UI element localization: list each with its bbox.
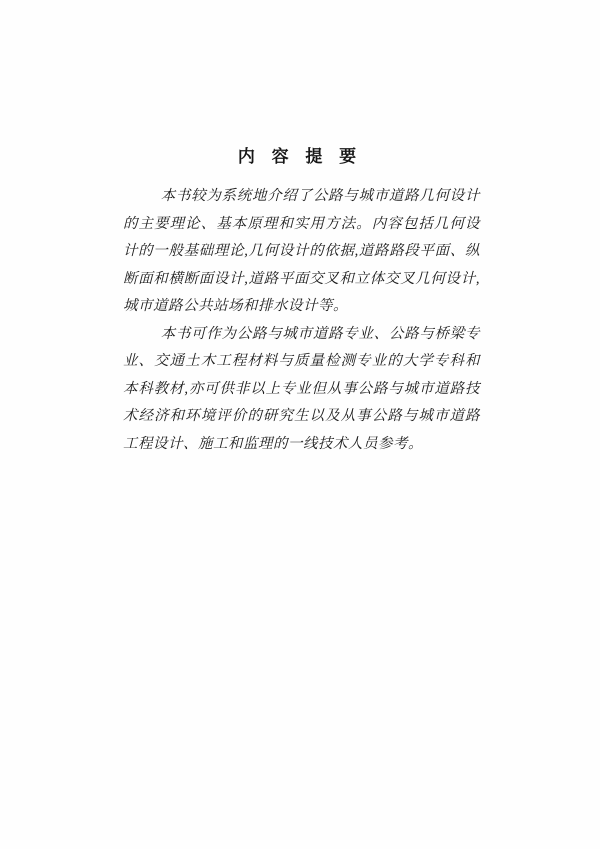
summary-text-block: 本书较为系统地介绍了公路与城市道路几何设计的主要理论、基本原理和实用方法。内容包… (123, 183, 480, 458)
summary-paragraph-1: 本书较为系统地介绍了公路与城市道路几何设计的主要理论、基本原理和实用方法。内容包… (123, 183, 480, 321)
summary-paragraph-2: 本书可作为公路与城市道路专业、公路与桥梁专业、交通土木工程材料与质量检测专业的大… (123, 321, 480, 459)
page-title: 内 容 提 要 (0, 142, 600, 167)
book-page: 内 容 提 要 本书较为系统地介绍了公路与城市道路几何设计的主要理论、基本原理和… (0, 0, 600, 849)
